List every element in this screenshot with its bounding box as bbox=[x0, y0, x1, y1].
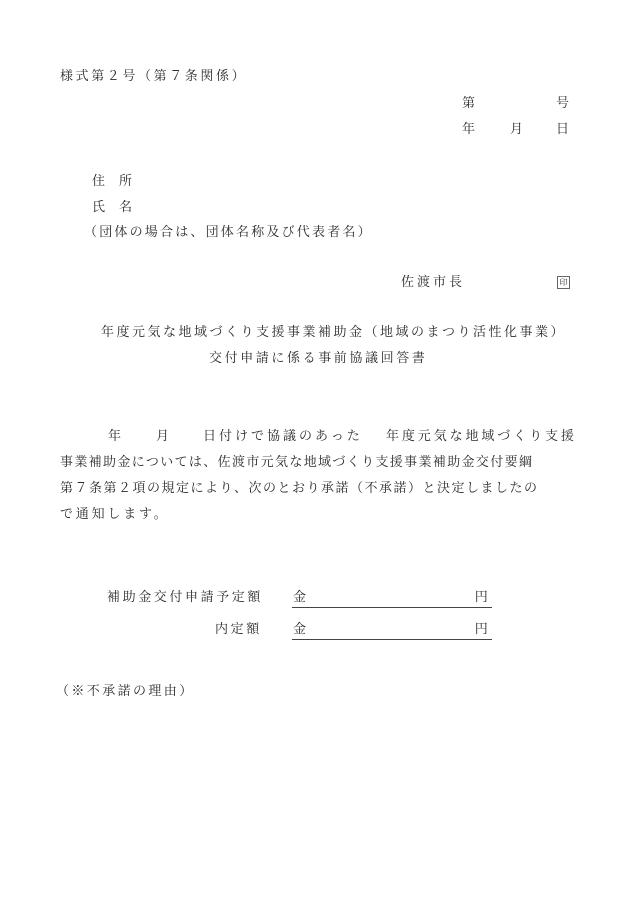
name-label: 氏名 bbox=[92, 200, 146, 216]
sender-title: 佐渡市長 bbox=[401, 275, 465, 291]
body-line2: 事業補助金については、佐渡市元気な地域づくり支援事業補助金交付要綱 bbox=[60, 455, 533, 471]
planned-amount-prefix: 金 bbox=[293, 590, 308, 606]
confirmed-amount-suffix: 円 bbox=[475, 622, 490, 638]
rejection-reason-label: （※不承諾の理由） bbox=[56, 684, 195, 700]
confirmed-amount-prefix: 金 bbox=[293, 622, 308, 638]
confirmed-amount-field[interactable]: 金 円 bbox=[292, 621, 492, 640]
date-month-label: 月 bbox=[510, 122, 525, 138]
doc-number-prefix: 第 bbox=[462, 96, 477, 112]
body-year: 年 bbox=[108, 429, 125, 445]
body-line4: で通知します。 bbox=[60, 507, 170, 523]
address-label: 住所 bbox=[92, 174, 146, 190]
date-day-label: 日 bbox=[556, 122, 571, 138]
document-title-line1: 年度元気な地域づくり支援事業補助金（地域のまつり活性化事業） bbox=[101, 325, 566, 341]
document-title-line2: 交付申請に係る事前協議回答書 bbox=[209, 351, 427, 367]
planned-amount-field[interactable]: 金 円 bbox=[292, 589, 492, 608]
body-line3: 第７条第２項の規定により、次のとおり承諾（不承諾）と決定しましたの bbox=[60, 481, 539, 497]
form-number: 様式第２号（第７条関係） bbox=[60, 69, 247, 85]
date-year-label: 年 bbox=[462, 122, 477, 138]
planned-amount-label: 補助金交付申請予定額 bbox=[107, 590, 263, 606]
confirmed-amount-label: 内定額 bbox=[215, 622, 262, 638]
group-note: （団体の場合は、団体名称及び代表者名） bbox=[84, 225, 373, 241]
body-line1-rest: 日付けで協議のあった bbox=[203, 429, 363, 445]
body-month: 月 bbox=[156, 429, 173, 445]
body-line1-tail: 年度元気な地域づくり支援 bbox=[386, 429, 577, 445]
planned-amount-suffix: 円 bbox=[475, 590, 490, 606]
doc-number-suffix: 号 bbox=[556, 96, 571, 112]
seal-icon: 印 bbox=[557, 276, 570, 289]
